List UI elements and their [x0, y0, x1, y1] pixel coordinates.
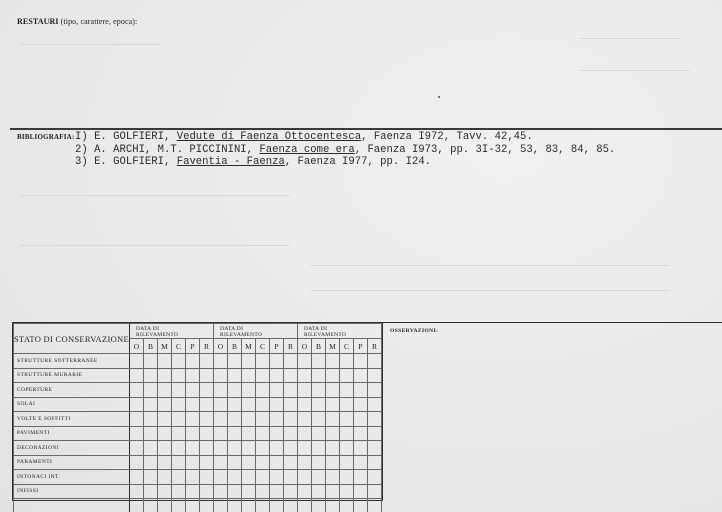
- condition-cell[interactable]: [228, 499, 242, 512]
- data-rilevamento-header-2: DATA DIRILEVAMENTO: [214, 324, 298, 339]
- condition-cell[interactable]: [312, 499, 326, 512]
- condition-cell[interactable]: [312, 470, 326, 485]
- entry-number: 3): [75, 156, 94, 168]
- condition-cell[interactable]: [214, 499, 228, 512]
- condition-cell[interactable]: [298, 354, 312, 369]
- row-label: STRUTTURE MURARIE: [14, 368, 130, 383]
- condition-cell[interactable]: [200, 470, 214, 485]
- condition-code-c: C: [256, 339, 270, 354]
- condition-cell[interactable]: [270, 455, 284, 470]
- condition-cell[interactable]: [242, 441, 256, 456]
- bibliografia-entry: I) E. GOLFIERI, Vedute di Faenza Ottocen…: [75, 131, 615, 144]
- row-label: SOLAI: [14, 397, 130, 412]
- condition-cell[interactable]: [214, 397, 228, 412]
- condition-cell[interactable]: [200, 426, 214, 441]
- restauri-hint: (tipo, carattere, epoca):: [59, 17, 138, 26]
- condition-cell[interactable]: [354, 368, 368, 383]
- entry-author: E. GOLFIERI,: [94, 131, 177, 143]
- condition-cell[interactable]: [298, 412, 312, 427]
- data-rilevamento-header-3: DATA DIRILEVAMENTO: [298, 324, 382, 339]
- row-label: COPERTURE: [14, 383, 130, 398]
- condition-cell[interactable]: [158, 412, 172, 427]
- condition-cell[interactable]: [298, 499, 312, 512]
- condition-cell[interactable]: [312, 455, 326, 470]
- condition-cell[interactable]: [200, 499, 214, 512]
- condition-cell[interactable]: [270, 397, 284, 412]
- condition-cell[interactable]: [270, 484, 284, 499]
- condition-cell[interactable]: [340, 441, 354, 456]
- condition-cell[interactable]: [354, 470, 368, 485]
- condition-cell[interactable]: [298, 441, 312, 456]
- condition-cell[interactable]: [214, 455, 228, 470]
- table-row: STRUTTURE SOTTERRANEE: [14, 354, 382, 369]
- bibliografia-list: I) E. GOLFIERI, Vedute di Faenza Ottocen…: [75, 131, 615, 169]
- condition-cell[interactable]: [144, 397, 158, 412]
- condition-cell[interactable]: [130, 397, 144, 412]
- condition-cell[interactable]: [284, 412, 298, 427]
- condition-cell[interactable]: [270, 426, 284, 441]
- condition-cell[interactable]: [256, 455, 270, 470]
- condition-cell[interactable]: [186, 397, 200, 412]
- condition-cell[interactable]: [312, 412, 326, 427]
- condition-cell[interactable]: [144, 455, 158, 470]
- condition-cell[interactable]: [270, 499, 284, 512]
- condition-cell[interactable]: [172, 397, 186, 412]
- condition-cell[interactable]: [200, 441, 214, 456]
- condition-code-m: M: [158, 339, 172, 354]
- condition-cell[interactable]: [298, 383, 312, 398]
- condition-cell[interactable]: [326, 470, 340, 485]
- condition-cell[interactable]: [214, 441, 228, 456]
- condition-code-m: M: [242, 339, 256, 354]
- condition-cell[interactable]: [298, 470, 312, 485]
- condition-cell[interactable]: [256, 368, 270, 383]
- condition-cell[interactable]: [298, 426, 312, 441]
- condition-cell[interactable]: [256, 412, 270, 427]
- condition-cell[interactable]: [270, 412, 284, 427]
- stato-conservazione-table: STATO DI CONSERVAZIONE DATA DIRILEVAMENT…: [12, 322, 383, 501]
- condition-cell[interactable]: [130, 383, 144, 398]
- condition-cell[interactable]: [158, 368, 172, 383]
- entry-title: Vedute di Faenza Ottocentesca: [177, 131, 361, 143]
- condition-cell[interactable]: [298, 368, 312, 383]
- condition-cell[interactable]: [284, 426, 298, 441]
- condition-cell[interactable]: [270, 470, 284, 485]
- condition-cell[interactable]: [144, 470, 158, 485]
- condition-cell[interactable]: [144, 368, 158, 383]
- condition-cell[interactable]: [214, 484, 228, 499]
- osservazioni-label: OSSERVAZIONI:: [390, 328, 438, 334]
- condition-cell[interactable]: [298, 484, 312, 499]
- bibliografia-entry: 3) E. GOLFIERI, Faventia - Faenza, Faenz…: [75, 156, 615, 169]
- condition-cell[interactable]: [354, 383, 368, 398]
- condition-cell[interactable]: [186, 470, 200, 485]
- condition-cell[interactable]: [256, 484, 270, 499]
- condition-cell[interactable]: [312, 383, 326, 398]
- condition-cell[interactable]: [284, 455, 298, 470]
- condition-cell[interactable]: [256, 470, 270, 485]
- condition-cell[interactable]: [368, 368, 382, 383]
- condition-cell[interactable]: [242, 455, 256, 470]
- condition-cell[interactable]: [326, 354, 340, 369]
- condition-cell[interactable]: [200, 397, 214, 412]
- condition-cell[interactable]: [312, 426, 326, 441]
- condition-cell[interactable]: [130, 412, 144, 427]
- condition-cell[interactable]: [340, 455, 354, 470]
- condition-cell[interactable]: [242, 368, 256, 383]
- condition-cell[interactable]: [298, 455, 312, 470]
- condition-cell[interactable]: [158, 441, 172, 456]
- condition-cell[interactable]: [200, 368, 214, 383]
- condition-cell[interactable]: [186, 412, 200, 427]
- condition-cell[interactable]: [242, 397, 256, 412]
- condition-cell[interactable]: [172, 412, 186, 427]
- condition-cell[interactable]: [172, 455, 186, 470]
- entry-title: Faventia - Faenza: [177, 156, 285, 168]
- table-row: SOLAI: [14, 397, 382, 412]
- condition-cell[interactable]: [340, 368, 354, 383]
- condition-cell[interactable]: [186, 441, 200, 456]
- table-row: STRUTTURE MURARIE: [14, 368, 382, 383]
- condition-cell[interactable]: [214, 426, 228, 441]
- condition-code-b: B: [312, 339, 326, 354]
- condition-cell[interactable]: [130, 441, 144, 456]
- condition-cell[interactable]: [228, 354, 242, 369]
- condition-cell[interactable]: [354, 397, 368, 412]
- condition-cell[interactable]: [144, 441, 158, 456]
- condition-cell[interactable]: [158, 455, 172, 470]
- condition-cell[interactable]: [242, 354, 256, 369]
- entry-details: , Faenza I977, pp. I24.: [285, 156, 431, 168]
- condition-cell[interactable]: [368, 470, 382, 485]
- condition-cell[interactable]: [228, 397, 242, 412]
- condition-cell[interactable]: [214, 368, 228, 383]
- condition-cell[interactable]: [158, 397, 172, 412]
- condition-cell[interactable]: [326, 412, 340, 427]
- condition-cell[interactable]: [312, 368, 326, 383]
- condition-cell[interactable]: [368, 383, 382, 398]
- condition-cell[interactable]: [340, 426, 354, 441]
- condition-cell[interactable]: [284, 441, 298, 456]
- condition-cell[interactable]: [130, 484, 144, 499]
- condition-cell[interactable]: [312, 441, 326, 456]
- table-row: VOLTE E SOFFITTI: [14, 412, 382, 427]
- condition-code-r: R: [368, 339, 382, 354]
- condition-cell[interactable]: [172, 441, 186, 456]
- condition-cell[interactable]: [326, 484, 340, 499]
- entry-details: , Faenza I973, pp. 3I-32, 53, 83, 84, 85…: [355, 144, 616, 156]
- condition-cell[interactable]: [228, 484, 242, 499]
- condition-code-o: O: [298, 339, 312, 354]
- condition-cell[interactable]: [340, 412, 354, 427]
- condition-cell[interactable]: [326, 426, 340, 441]
- restauri-label: RESTAURI: [17, 17, 59, 26]
- condition-code-r: R: [200, 339, 214, 354]
- condition-cell[interactable]: [242, 412, 256, 427]
- condition-cell[interactable]: [256, 499, 270, 512]
- condition-cell[interactable]: [326, 368, 340, 383]
- condition-cell[interactable]: [368, 426, 382, 441]
- condition-cell[interactable]: [256, 426, 270, 441]
- condition-cell[interactable]: [270, 441, 284, 456]
- entry-title: Faenza come era: [259, 144, 354, 156]
- condition-cell[interactable]: [284, 499, 298, 512]
- condition-cell[interactable]: [326, 441, 340, 456]
- entry-details: , Faenza I972, Tavv. 42,45.: [361, 131, 533, 143]
- condition-cell[interactable]: [186, 455, 200, 470]
- condition-cell[interactable]: [284, 383, 298, 398]
- condition-cell[interactable]: [214, 383, 228, 398]
- condition-cell[interactable]: [200, 455, 214, 470]
- condition-code-c: C: [340, 339, 354, 354]
- condition-cell[interactable]: [214, 354, 228, 369]
- condition-cell[interactable]: [354, 455, 368, 470]
- condition-cell[interactable]: [186, 354, 200, 369]
- condition-cell[interactable]: [228, 426, 242, 441]
- osservazioni-field[interactable]: OSSERVAZIONI:: [383, 322, 722, 501]
- entry-number: I): [75, 131, 94, 143]
- condition-cell[interactable]: [354, 412, 368, 427]
- condition-cell[interactable]: [354, 499, 368, 512]
- condition-cell[interactable]: [368, 499, 382, 512]
- condition-cell[interactable]: [186, 426, 200, 441]
- row-label: STRUTTURE SOTTERRANEE: [14, 354, 130, 369]
- condition-cell[interactable]: [228, 455, 242, 470]
- condition-cell[interactable]: [256, 383, 270, 398]
- section-divider: [10, 128, 722, 130]
- condition-cell[interactable]: [200, 354, 214, 369]
- condition-cell[interactable]: [130, 499, 144, 512]
- bibliografia-entry: 2) A. ARCHI, M.T. PICCININI, Faenza come…: [75, 144, 615, 157]
- data-rilevamento-header-1: DATA DIRILEVAMENTO: [130, 324, 214, 339]
- condition-cell[interactable]: [340, 397, 354, 412]
- condition-cell[interactable]: [270, 368, 284, 383]
- condition-cell[interactable]: [284, 397, 298, 412]
- condition-cell[interactable]: [368, 412, 382, 427]
- condition-cell[interactable]: [354, 441, 368, 456]
- entry-number: 2): [75, 144, 94, 156]
- condition-cell[interactable]: [284, 470, 298, 485]
- condition-cell[interactable]: [172, 484, 186, 499]
- condition-cell[interactable]: [354, 484, 368, 499]
- condition-cell[interactable]: [368, 484, 382, 499]
- condition-cell[interactable]: [312, 484, 326, 499]
- condition-cell[interactable]: [242, 383, 256, 398]
- condition-cell[interactable]: [368, 441, 382, 456]
- condition-cell[interactable]: [256, 397, 270, 412]
- condition-cell[interactable]: [284, 368, 298, 383]
- condition-code-p: P: [270, 339, 284, 354]
- condition-code-o: O: [130, 339, 144, 354]
- condition-cell[interactable]: [158, 426, 172, 441]
- restauri-field: RESTAURI (tipo, carattere, epoca):: [17, 17, 137, 26]
- condition-cell[interactable]: [368, 354, 382, 369]
- condition-cell[interactable]: [326, 397, 340, 412]
- condition-cell[interactable]: [340, 484, 354, 499]
- entry-author: A. ARCHI, M.T. PICCININI,: [94, 144, 259, 156]
- row-label: VOLTE E SOFFITTI: [14, 412, 130, 427]
- stato-conservazione-title: STATO DI CONSERVAZIONE: [14, 324, 130, 354]
- condition-cell[interactable]: [158, 484, 172, 499]
- condition-cell[interactable]: [270, 383, 284, 398]
- condition-cell[interactable]: [368, 455, 382, 470]
- condition-cell[interactable]: [144, 383, 158, 398]
- condition-cell[interactable]: [186, 368, 200, 383]
- condition-cell[interactable]: [228, 470, 242, 485]
- condition-code-b: B: [228, 339, 242, 354]
- condition-cell[interactable]: [200, 412, 214, 427]
- table-row: COPERTURE: [14, 383, 382, 398]
- condition-cell[interactable]: [228, 383, 242, 398]
- condition-cell[interactable]: [242, 426, 256, 441]
- condition-cell[interactable]: [228, 441, 242, 456]
- condition-cell[interactable]: [172, 470, 186, 485]
- row-label: DECORAZIONI: [14, 441, 130, 456]
- condition-cell[interactable]: [214, 470, 228, 485]
- table-row: PAVIMENTI: [14, 426, 382, 441]
- condition-code-p: P: [354, 339, 368, 354]
- condition-cell[interactable]: [158, 499, 172, 512]
- condition-cell[interactable]: [200, 383, 214, 398]
- condition-cell[interactable]: [312, 397, 326, 412]
- condition-code-b: B: [144, 339, 158, 354]
- condition-cell[interactable]: [228, 412, 242, 427]
- condition-cell[interactable]: [186, 499, 200, 512]
- row-label: PARAMENTI: [14, 455, 130, 470]
- condition-cell[interactable]: [144, 484, 158, 499]
- condition-cell[interactable]: [340, 470, 354, 485]
- row-label: PAVIMENTI: [14, 426, 130, 441]
- condition-cell[interactable]: [354, 426, 368, 441]
- condition-cell[interactable]: [298, 397, 312, 412]
- table-row: [14, 499, 382, 512]
- condition-cell[interactable]: [256, 354, 270, 369]
- condition-cell[interactable]: [172, 368, 186, 383]
- condition-cell[interactable]: [326, 383, 340, 398]
- condition-cell[interactable]: [242, 499, 256, 512]
- condition-cell[interactable]: [354, 354, 368, 369]
- condition-cell[interactable]: [228, 368, 242, 383]
- condition-cell[interactable]: [326, 455, 340, 470]
- condition-cell[interactable]: [284, 354, 298, 369]
- condition-code-c: C: [172, 339, 186, 354]
- condition-cell[interactable]: [312, 354, 326, 369]
- condition-cell[interactable]: [130, 470, 144, 485]
- condition-cell[interactable]: [144, 426, 158, 441]
- condition-cell[interactable]: [130, 354, 144, 369]
- condition-cell[interactable]: [158, 470, 172, 485]
- condition-cell[interactable]: [340, 499, 354, 512]
- condition-cell[interactable]: [144, 412, 158, 427]
- table-row: INFISSI: [14, 484, 382, 499]
- condition-cell[interactable]: [242, 484, 256, 499]
- bibliografia-label: BIBLIOGRAFIA:: [17, 133, 74, 141]
- condition-cell[interactable]: [158, 354, 172, 369]
- condition-cell[interactable]: [158, 383, 172, 398]
- table-row: PARAMENTI: [14, 455, 382, 470]
- condition-cell[interactable]: [256, 441, 270, 456]
- entry-author: E. GOLFIERI,: [94, 156, 177, 168]
- condition-code-r: R: [284, 339, 298, 354]
- condition-cell[interactable]: [172, 383, 186, 398]
- condition-cell[interactable]: [270, 354, 284, 369]
- condition-cell[interactable]: [144, 499, 158, 512]
- condition-cell[interactable]: [186, 383, 200, 398]
- condition-cell[interactable]: [130, 426, 144, 441]
- condition-cell[interactable]: [144, 354, 158, 369]
- condition-cell[interactable]: [172, 499, 186, 512]
- table-row: INTONACI INT.: [14, 470, 382, 485]
- condition-cell[interactable]: [172, 426, 186, 441]
- condition-cell[interactable]: [340, 383, 354, 398]
- condition-code-o: O: [214, 339, 228, 354]
- condition-cell[interactable]: [242, 470, 256, 485]
- condition-cell[interactable]: [340, 354, 354, 369]
- condition-cell[interactable]: [368, 397, 382, 412]
- condition-cell[interactable]: [214, 412, 228, 427]
- condition-code-m: M: [326, 339, 340, 354]
- condition-cell[interactable]: [326, 499, 340, 512]
- row-label: [14, 499, 130, 512]
- table-row: DECORAZIONI: [14, 441, 382, 456]
- condition-cell[interactable]: [186, 484, 200, 499]
- condition-cell[interactable]: [284, 484, 298, 499]
- row-label: INFISSI: [14, 484, 130, 499]
- condition-cell[interactable]: [172, 354, 186, 369]
- condition-cell[interactable]: [200, 484, 214, 499]
- condition-cell[interactable]: [130, 368, 144, 383]
- condition-cell[interactable]: [130, 455, 144, 470]
- condition-code-p: P: [186, 339, 200, 354]
- row-label: INTONACI INT.: [14, 470, 130, 485]
